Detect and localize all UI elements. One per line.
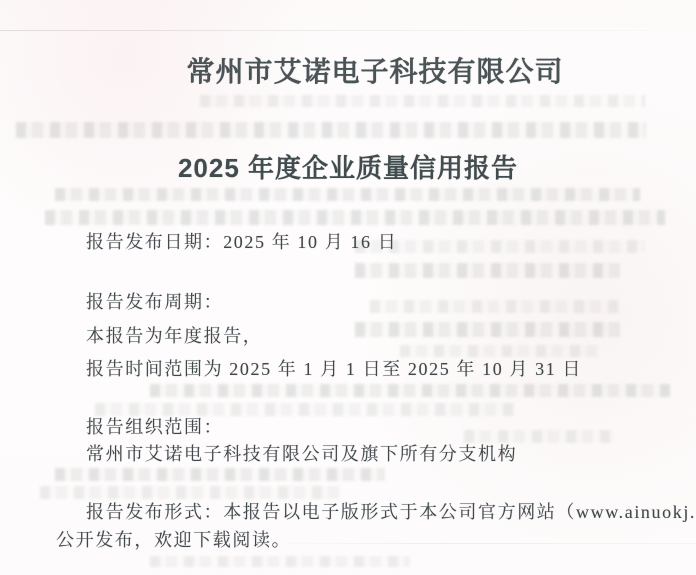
org-scope-label: 报告组织范围： <box>86 416 223 439</box>
scan-artifact-line-top <box>0 30 696 31</box>
bleed-through-artifact <box>400 345 600 357</box>
bleed-through-artifact <box>150 556 410 567</box>
bleed-through-artifact <box>55 188 640 201</box>
bleed-through-artifact <box>95 403 515 416</box>
bleed-through-artifact <box>370 300 620 313</box>
bleed-through-artifact <box>355 240 645 253</box>
scanned-page: 常州市艾诺电子科技有限公司 2025 年度企业质量信用报告 报告发布日期：202… <box>0 0 696 575</box>
publish-form-line-2: 公开发布，欢迎下载阅读。 <box>56 529 291 552</box>
bleed-through-artifact <box>200 95 645 107</box>
bleed-through-artifact <box>150 384 670 397</box>
org-scope-value: 常州市艾诺电子科技有限公司及旗下所有分支机构 <box>86 443 517 466</box>
bleed-through-artifact <box>464 430 614 443</box>
publish-date-line: 报告发布日期：2025 年 10 月 16 日 <box>86 231 397 254</box>
scan-artifact-line-bottom <box>270 543 696 544</box>
company-name-heading: 常州市艾诺电子科技有限公司 <box>41 50 696 90</box>
publish-form-line-1: 报告发布形式：本报告以电子版形式于本公司官方网站（www.ainuokj.com… <box>86 501 696 524</box>
bleed-through-artifact <box>355 322 620 337</box>
bleed-through-artifact <box>45 210 665 225</box>
cycle-type-line: 本报告为年度报告， <box>86 325 262 348</box>
bleed-through-artifact <box>355 263 620 278</box>
report-period-line: 报告时间范围为 2025 年 1 月 1 日至 2025 年 10 月 31 日 <box>86 358 582 381</box>
bleed-through-artifact <box>16 122 646 138</box>
bleed-through-artifact <box>55 468 385 481</box>
publish-cycle-label: 报告发布周期： <box>86 291 223 314</box>
bleed-through-artifact <box>40 486 340 499</box>
report-title-heading: 2025 年度企业质量信用报告 <box>0 148 696 185</box>
